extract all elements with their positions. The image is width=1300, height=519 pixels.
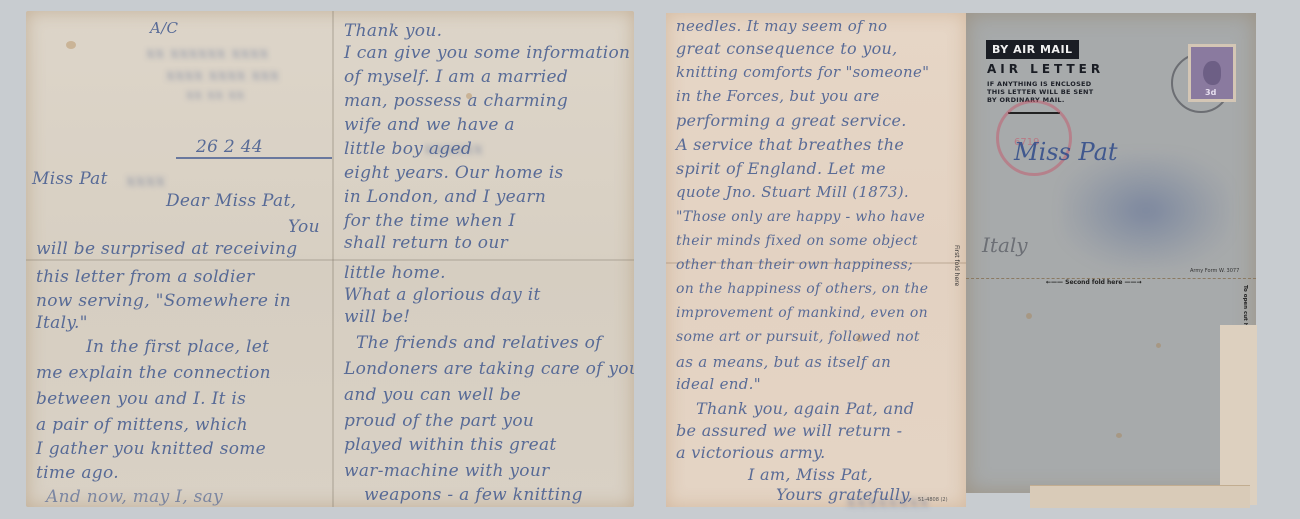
letter-line: little home. [344,263,626,283]
date-underline [176,157,332,159]
child-name-blurred: xxxxxx [424,139,626,159]
letter-line: man, possess a charming [344,91,626,111]
letter-line: Londoners are taking care of you [344,359,626,379]
letter-line: needles. It may seem of no [676,17,958,35]
king-portrait-icon [1203,61,1221,85]
stain [466,93,472,99]
postage-stamp-icon: 3d [1188,44,1236,102]
left-letter-sheet: A/C xx xxxxxx xxxx xxxx xxxx xxx xx xx x… [26,11,634,507]
envelope-side-flap [1220,325,1257,505]
letter-line: me explain the connection [36,363,324,383]
letter-line: and you can well be [344,385,626,405]
letter-line: of myself. I am a married [344,67,626,87]
letter-line: as a means, but as itself an [676,353,958,371]
letter-line: a victorious army. [676,443,958,462]
letter-line: knitting comforts for "someone" [676,63,958,81]
letter-line: great consequence to you, [676,39,958,58]
envelope-bottom-flap [1030,485,1250,508]
letter-line: quote Jno. Stuart Mill (1873). [676,183,958,201]
first-fold-label: First fold here [953,245,960,286]
letter-line: And now, may I, say [46,487,324,507]
recipient-address-blurred [1061,153,1231,268]
pencil-note: Italy [982,233,1028,257]
letter-line: in the Forces, but you are [676,87,958,105]
letter-line: a pair of mittens, which [36,415,324,435]
letter-line: proud of the part you [344,411,626,431]
letter-line: In the first place, let [86,337,324,357]
letter-line: weapons - a few knitting [364,485,626,505]
letter-line: Thank you. [344,21,626,41]
letter-line: "Those only are happy - who have [676,209,958,225]
second-fold-label: ←—— Second fold here ——→ [1046,279,1142,286]
stain [1026,313,1032,319]
sender-address-line: xx xx xx [186,87,324,103]
letter-line: some art or pursuit, followed not [676,329,958,345]
letter-line: eight years. Our home is [344,163,626,183]
letter-line: be assured we will return - [676,421,958,440]
letter-line: Italy." [36,313,324,333]
by-air-mail-badge: BY AIR MAIL [986,40,1079,59]
stain [1116,433,1122,438]
letter-line: You [288,217,324,237]
letter-line: performing a great service. [676,111,958,130]
sender-address-line: xxxx xxxx xxx [166,65,324,84]
letter-line: war-machine with your [344,461,626,481]
closing-line: I am, Miss Pat, [748,465,958,484]
stain [856,335,863,342]
army-form-label: Army Form W. 3077 [1190,268,1239,274]
letter-line: time ago. [36,463,324,483]
air-letter-envelope: BY AIR MAIL AIR LETTER IF ANYTHING IS EN… [966,13,1256,493]
letter-line: improvement of mankind, even on [676,305,958,321]
letter-line: spirit of England. Let me [676,159,958,178]
letter-line: between you and I. It is [36,389,324,409]
letter-line: played within this great [344,435,626,455]
letter-page-1: A/C xx xxxxxx xxxx xxxx xxxx xxx xx xx x… [26,11,332,507]
letter-line: their minds fixed on some object [676,233,958,249]
letter-line: I can give you some information [344,43,626,63]
letter-line: will be surprised at receiving [36,239,324,259]
air-letter-title: AIR LETTER [987,62,1104,76]
letter-date: 26 2 44 [196,137,324,157]
stain [1156,343,1161,348]
header-mark: A/C [150,19,324,37]
letter-line: The friends and relatives of [356,333,626,353]
letter-line: A service that breathes the [676,135,958,154]
letter-line: this letter from a soldier [36,267,324,287]
letter-line: What a glorious day it [344,285,626,305]
stamp-value: 3d [1205,88,1216,97]
letter-line: wife and we have a [344,115,626,135]
form-code: 51-4808 (2) [918,497,948,503]
salutation: Dear Miss Pat, [166,191,324,211]
stain [66,41,76,49]
letter-line: in London, and I yearn [344,187,626,207]
notice-line: IF ANYTHING IS ENCLOSED [987,80,1094,88]
letter-line: on the happiness of others, on the [676,281,958,297]
letter-line: ideal end." [676,375,958,393]
letter-line: I gather you knitted some [36,439,324,459]
letter-line: other than their own happiness; [676,257,958,273]
notice-line: THIS LETTER WILL BE SENT [987,88,1094,96]
salutation-surname-blurred: xxxx [126,171,324,191]
letter-page-2: Thank you. I can give you some informati… [334,11,634,507]
letter-line: now serving, "Somewhere in [36,291,324,311]
right-letter-sheet: needles. It may seem of no great consequ… [666,13,966,507]
letter-line: for the time when I [344,211,626,231]
letter-line: Thank you, again Pat, and [696,399,958,418]
letter-line: shall return to our [344,233,626,253]
letter-line: will be! [344,307,626,327]
sender-address-line: xx xxxxxx xxxx [146,43,324,62]
